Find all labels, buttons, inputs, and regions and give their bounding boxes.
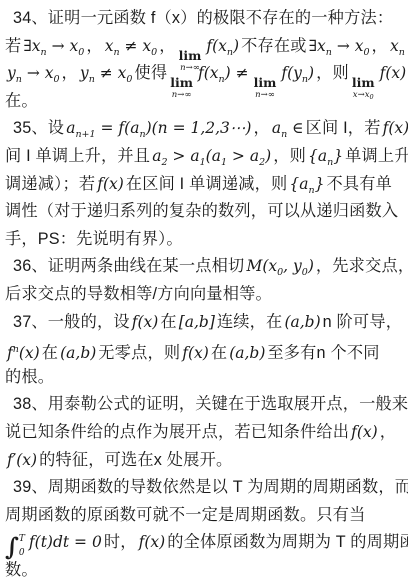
limit-subscript: n→∞ [255, 91, 275, 100]
math-span: xn ≠ x0 [390, 37, 408, 55]
text-span: ，则 [316, 64, 349, 82]
math-span: f(x) [380, 64, 407, 82]
subscript: 0 [126, 74, 132, 85]
text-span: 说已知条件给的点作为展开点，若已知条件给出 [5, 423, 349, 441]
text-span: 无零点，则 [98, 344, 180, 362]
text-line: 周期函数的原函数可就不一定是周期函数。只有当 [5, 502, 406, 530]
text-span: 39、周期函数的导数依然是以 T 为周期的周期函数，而 [13, 478, 408, 496]
text-span: 35、设 [13, 119, 64, 137]
integral-upper-limit: T [19, 535, 25, 544]
text-span: 36、证明两条曲线在某一点相切 [13, 257, 244, 275]
subscript: 0 [151, 47, 157, 58]
text-span: 不存在或 [241, 37, 307, 55]
text-line: fn(x)在(a,b)无零点，则f(x)在(a,b)至多有n 个不同 [5, 336, 406, 364]
subscript: 1 [221, 157, 227, 168]
math-span: f(x) [139, 533, 166, 551]
subscript: n [219, 74, 225, 85]
limit-subscript: n→∞ [172, 91, 192, 100]
limit-word: lim [254, 77, 277, 90]
math-span: (a,b) [229, 344, 265, 362]
text-line: 调性（对于递归系列的复杂的数列，可以从递归函数入 [5, 198, 406, 226]
text-span: 的根。 [5, 368, 54, 386]
text-line: 38、用泰勒公式的证明，关键在于选取展开点，一般来 [5, 391, 406, 419]
text-span: 34、证明一元函数 f（x）的极限不存在的一种方法： [13, 9, 393, 27]
text-line: 若∃xn → x0，xn ≠ x0，limn→∞f(xn)不存在或∃xn → x… [5, 33, 406, 61]
text-span: n 阶可导， [323, 313, 402, 331]
math-span: [a,b] [179, 313, 215, 331]
text-line: 37、一般的，设f(x)在[a,b]连续，在(a,b)n 阶可导， [5, 309, 406, 337]
text-span: 的特征，可选在x 处展开。 [39, 451, 232, 469]
math-span: fn(x) [7, 344, 40, 362]
text-span: 时， [104, 533, 137, 551]
limit-word: lim [170, 77, 193, 90]
text-span: 调性（对于递归系列的复杂的数列，可以从递归函数入 [5, 202, 398, 220]
subscript: n [399, 47, 405, 58]
text-span: 区间 I，若 [306, 119, 381, 137]
text-span: ，则 [273, 147, 306, 165]
subscript: 0 [370, 93, 374, 101]
text-span: 手，PS：先说明有界）。 [5, 230, 183, 248]
limit-subscript: x→x0 [353, 91, 374, 101]
text-span: 在区间 I 单调递减，则 [126, 175, 288, 193]
subscript: n [113, 47, 119, 58]
text-span: 在 [42, 344, 58, 362]
subscript: n [227, 47, 233, 58]
text-line: 的根。 [5, 364, 406, 392]
text-span: 若 [5, 37, 21, 55]
text-line: 在。 [5, 88, 406, 116]
math-span: f(xn) ≠ [198, 64, 249, 82]
text-line: 后求交点的导数相等/方向向量相等。 [5, 281, 406, 309]
text-span: ， [380, 423, 396, 441]
subscript: 2 [259, 157, 265, 168]
math-span: ∃xn → x0 [309, 37, 370, 55]
text-span: 间 I 单调上升，并且 [5, 147, 150, 165]
text-line: 手，PS：先说明有界）。 [5, 226, 406, 254]
math-span: f(x) [132, 313, 159, 331]
math-span: an ∈ [272, 119, 304, 137]
text-span: 在 [160, 313, 176, 331]
text-line: 35、设an+1 = f(an)(n = 1,2,3⋯)，an ∈区间 I，若f… [5, 115, 406, 143]
text-span: 在。 [5, 92, 38, 110]
math-span: f(xn) [206, 37, 239, 55]
text-line: 39、周期函数的导数依然是以 T 为周期的周期函数，而 [5, 474, 406, 502]
text-span: 单调上升（单 [345, 147, 408, 165]
superscript: n [13, 344, 19, 355]
subscript: n [89, 74, 95, 85]
limit-operator: limn→∞ [170, 77, 193, 100]
text-line: 调递减）；若f(x)在区间 I 单调递减，则{an}不具有单 [5, 171, 406, 199]
math-span: f(yn) [281, 64, 314, 82]
text-line: 数。 [5, 557, 406, 584]
text-span: 的全体原函数为周期为 T 的周期函 [167, 533, 408, 551]
math-span: {an} [289, 175, 324, 193]
subscript: 0 [302, 267, 308, 278]
subscript: n+1 [75, 129, 95, 140]
text-span: 在 [211, 344, 227, 362]
text-span: 后求交点的导数相等/方向向量相等。 [5, 285, 272, 303]
math-span: f(x) [182, 344, 209, 362]
subscript: 0 [277, 267, 283, 278]
subscript: 0 [78, 47, 84, 58]
subscript: 0 [364, 47, 370, 58]
math-span: a2 > a1(a1 > a2) [152, 147, 271, 165]
limit-word: lim [352, 77, 375, 90]
subscript: n [16, 74, 22, 85]
text-line: 间 I 单调上升，并且a2 > a1(a1 > a2)，则{an}单调上升（单 [5, 143, 406, 171]
math-span: f(x) [351, 423, 378, 441]
math-span: yn → x0 [7, 64, 60, 82]
subscript: n [309, 185, 315, 196]
text-line: 36、证明两条曲线在某一点相切M(x0, y0)，先求交点， [5, 253, 406, 281]
math-span: (a,b) [60, 344, 96, 362]
text-line: ∫T0f(t)dt = 0时，f(x)的全体原函数为周期为 T 的周期函 [5, 529, 406, 557]
subscript: n [41, 47, 47, 58]
text-line: yn → x0，yn ≠ x0使得limn→∞f(xn) ≠limn→∞f(yn… [5, 60, 406, 88]
subscript: n [281, 129, 287, 140]
subscript: 2 [161, 157, 167, 168]
text-span: ， [62, 64, 78, 82]
math-span: (a,b) [284, 313, 320, 331]
text-span: ， [159, 37, 175, 55]
math-span: yn ≠ x0 [80, 64, 133, 82]
notes-document: 34、证明一元函数 f（x）的极限不存在的一种方法：若∃xn → x0，xn ≠… [0, 0, 408, 584]
math-span: f(x) [383, 119, 408, 137]
subscript: 0 [53, 74, 59, 85]
limit-operator: limn→∞ [254, 77, 277, 100]
text-span: 至多有n 个不同 [267, 344, 379, 362]
text-span: 使得 [134, 64, 167, 82]
text-span: ，先求交点， [316, 257, 408, 275]
math-span: an+1 = f(an)(n = 1,2,3⋯) [66, 119, 251, 137]
text-line: 34、证明一元函数 f（x）的极限不存在的一种方法： [5, 5, 406, 33]
text-span: 周期函数的原函数可就不一定是周期函数。只有当 [5, 506, 366, 524]
text-span: ， [86, 37, 102, 55]
subscript: n [139, 129, 145, 140]
math-span: xn ≠ x0 [105, 37, 158, 55]
subscript: n [327, 157, 333, 168]
text-span: 不具有单 [327, 175, 393, 193]
text-span: ， [372, 37, 388, 55]
math-span: f(t)dt = 0 [29, 533, 102, 551]
text-line: 说已知条件给的点作为展开点，若已知条件给出f(x)， [5, 419, 406, 447]
text-span: 数。 [5, 561, 38, 579]
subscript: 1 [200, 157, 206, 168]
text-span: 38、用泰勒公式的证明，关键在于选取展开点，一般来 [13, 395, 408, 413]
subscript: n [302, 74, 308, 85]
text-span: 调递减）；若 [5, 175, 95, 193]
text-span: ， [253, 119, 269, 137]
math-span: {an} [308, 147, 343, 165]
limit-operator: limx→x0 [352, 77, 375, 101]
text-line: f′(x)的特征，可选在x 处展开。 [5, 447, 406, 475]
subscript: n [326, 47, 332, 58]
math-span: M(x0, y0) [246, 257, 313, 275]
math-span: ∃xn → x0 [23, 37, 84, 55]
math-span: f(x) [97, 175, 124, 193]
text-span: 37、一般的，设 [13, 313, 130, 331]
text-span: 连续，在 [217, 313, 283, 331]
math-span: f′(x) [7, 451, 37, 469]
